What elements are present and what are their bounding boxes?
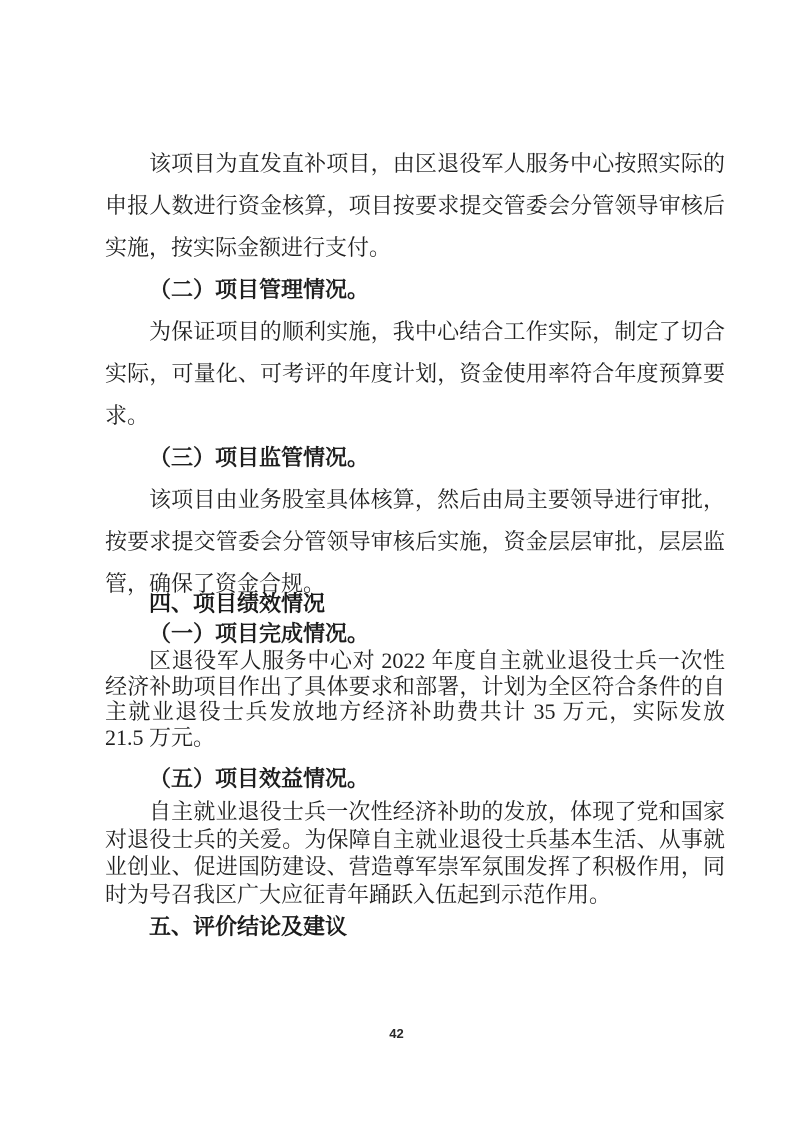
heading-project-completion: （一）项目完成情况。 [105, 619, 725, 649]
heading-section-conclusion: 五、评价结论及建议 [105, 912, 725, 942]
paragraph-payment-process: 该项目为直发直补项目，由区退役军人服务中心按照实际的申报人数进行资金核算，项目按… [105, 143, 725, 269]
paragraph-supervision: 该项目由业务股室具体核算，然后由局主要领导进行审批，按要求提交管委会分管领导审核… [105, 479, 725, 605]
paragraph-benefit: 自主就业退役士兵一次性经济补助的发放，体现了党和国家对退役士兵的关爱。为保障自主… [105, 798, 725, 908]
paragraph-completion: 区退役军人服务中心对 2022 年度自主就业退役士兵一次性经济补助项目作出了具体… [105, 648, 725, 750]
page-number: 42 [0, 1026, 793, 1041]
heading-section-performance: 四、项目绩效情况 [105, 589, 725, 619]
heading-project-management: （二）项目管理情况。 [105, 269, 725, 311]
paragraph-management: 为保证项目的顺利实施，我中心结合工作实际，制定了切合实际，可量化、可考评的年度计… [105, 311, 725, 437]
document-body-upper: 该项目为直发直补项目，由区退役军人服务中心按照实际的申报人数进行资金核算，项目按… [105, 143, 725, 605]
document-page: 该项目为直发直补项目，由区退役军人服务中心按照实际的申报人数进行资金核算，项目按… [0, 0, 793, 1122]
heading-project-supervision: （三）项目监管情况。 [105, 437, 725, 479]
heading-project-benefit: （五）项目效益情况。 [105, 764, 725, 794]
